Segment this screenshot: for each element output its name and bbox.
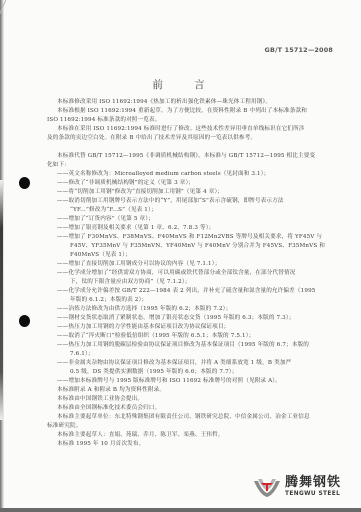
paragraph-line: ——热压力加工用钢的力学性能由基本保证项目改为协议保证项目； [57,324,229,331]
paragraph-line: 本标准主要起草人：直娟、苑瑞、乔月、陈卫军、栾燕、王伟哲。 [57,432,224,439]
paragraph-line: ——化学成分允许偏差按 GB/T 222—1984 表 2 列出，并补充了硫含量… [57,288,316,295]
paragraph-line: 本标准根据 ISO 11692:1994 重新起草。为了方便比较，在资料性附录 … [57,108,307,115]
paragraph-line: 标准研究院。 [47,423,81,430]
paragraph-line: ——增加了直接切削加工用钢成分可以协议的内容（见 7.1.1）； [57,261,220,268]
paragraph-line: 本标准修改采用 ISO 11692:1994《热加工的析出强化铁素体—珠光体工程… [57,99,271,106]
paragraph-line: ISO 11692:1994 标准条款的对照一览表。 [47,117,161,124]
scan-bottom-edge [0,508,361,512]
paragraph-line: 0.5 级，DS 类提供实测数据（1995 年版的 6.6；本版的 7.7）； [70,369,237,376]
paragraph-line: 下，钛的下限含量应由双方协商”（见 7.1.2）； [70,279,191,286]
paragraph-line: 本标准由全国钢标准化技术委员会归口。 [57,405,160,412]
page-title: 前 言 [0,77,361,92]
paragraph-line: ——增加了“订货内容”（见第 5 章）； [57,216,154,223]
paragraph-line: 及的条款的页边空白处。在附录 B 中给出了技术差异及其原因的一览表以供参考。 [47,135,256,142]
paragraph-line: ——化学成分增加了“经供需双方协商，可以用碳或铁代替部分或全部钛含量，在部分代替… [57,270,296,277]
paragraph-line: 本标准主要起草单位：东北特殊钢集团有限责任公司、钢铁研究总院、中信金属公司、冶金… [57,414,310,421]
paragraph-line: ——非金属夹杂物由协议保证项目修改为基本保证项目，并将 A 类细系放宽 1 级，… [57,360,291,367]
paragraph-line: ——将“切削加工用钢”修改为“直接切削加工用钢”（见第 4 章）； [57,189,223,196]
paragraph-line: ——冶炼方法修改为由供方选择（1995 年版的 6.2；本版的 7.2）； [57,306,231,313]
standard-code: GB/T 15712—2008 [265,46,333,54]
paragraph-line: ——修改了“非调质机械结构钢”的定义（见第 3 章）； [57,180,194,187]
paragraph-line: ——取消了“淬火断口”检验低倍组织（1995 年版的 6.5.1；本版的 7.5… [57,333,254,340]
tengwu-logo-icon [252,475,282,499]
paragraph-line: 本标准 1995 年 10 月首次发布。 [57,441,144,448]
paragraph-line: 本标准在采用 ISO 11692:1994 标准时进行了修改。这些技术性差异用垂… [57,126,305,133]
paragraph-line: 化如下： [47,162,70,169]
paragraph-line: “YF...”修改为“F...S”（见表 1）； [70,207,157,214]
paragraph-line: ——英文名称修改为：Microalloyed medium carbon ste… [57,171,269,178]
paragraph-line: 本标准附录 A 和附录 B 均为资料性附录。 [57,387,165,394]
paragraph-line: F45V、YF35MnV 与 F35MnVN、YF40MnV 与 F40MnV … [70,243,325,250]
paragraph-line: ——增加了 F30MnVS、F38MnVS、F40MnVS 和 F12Mn2VB… [57,234,322,241]
watermark-logo: 腾舞钢铁 TENGWU STEEL [252,470,360,504]
paragraph-line: ——钢材交货状态取消了紧制状态，增加了银亮状态交货（1995 年版的 6.3；本… [57,315,295,322]
paragraph-line: ——热压力加工用钢的脱碳层检验由协议保证项目修改为基本保证项目（1995 年版的… [57,342,309,349]
paragraph-line: ——取消切削加工用钢牌号表示方法中的“Y”，用尾部加“S”表示含硫钢，即牌号表示… [57,198,284,205]
binder-hole-icon [19,315,30,327]
paragraph-line: ——增加了银亮钢及相关要求（见第 1 章、6.2、7.8.3 等）； [57,225,214,232]
logo-name-cn: 腾舞钢铁 [285,476,341,490]
paragraph-line: ——增加本标准牌号与 1995 版标准牌号和 ISO 11692 标准牌号的对照… [57,378,281,385]
binder-hole-icon [19,177,30,189]
binder-edge [0,180,3,420]
logo-name-en: TENGWU STEEL [285,490,341,498]
paragraph-line: 年版的 6.1.2；本版的表 2）； [70,297,147,304]
paragraph-line: 本标准由中国钢铁工业协会提出。 [57,396,143,403]
paragraph-line: F40MnVS（见表 1）； [70,252,131,259]
paragraph-line: 7.6.1）； [70,351,94,358]
paragraph-line: 本标准代替 GB/T 15712—1995《非调质机械结构钢》。本标准与 GB/… [57,153,315,160]
